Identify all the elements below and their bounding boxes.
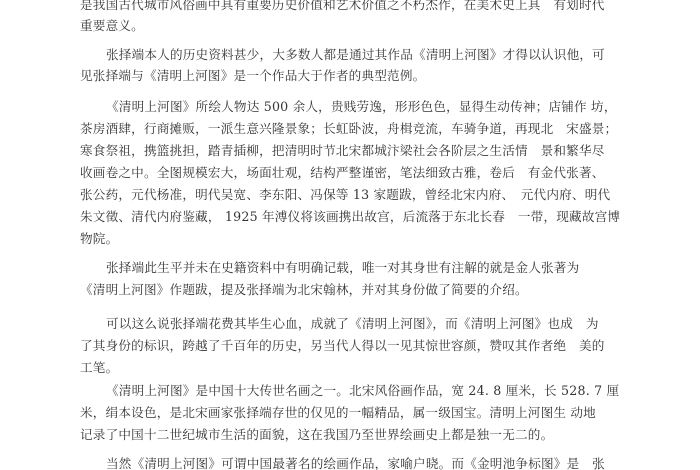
paragraph-line: 《清明上河图》作题跋，提及张择端为北宋翰林，并对其身份做了简要的介绍。 <box>80 282 625 298</box>
paragraph-line: 米，绢本设色，是北宋画家张择端存世的仅见的一幅精品，属一级国宝。清明上河图生 动… <box>80 405 625 421</box>
paragraph-line: 寒食祭祖，携篮挑担，踏青插柳，把清明时节北宋都城汴梁社会各阶层之生活情 景和繁华… <box>80 143 625 159</box>
paragraph-line: 见张择端与《清明上河图》是一个作品大于作者的典型范例。 <box>80 68 625 84</box>
paragraph-line: 张择端此生平并未在史籍资料中有明确记载，唯一对其身世有注解的就是金人张著为 <box>106 260 625 276</box>
paragraph-line: 当然《清明上河图》可谓中国最著名的绘画作品，家喻户晓。而《金明池争标图》是 张 <box>106 456 625 470</box>
paragraph-line: 张公药，元代杨准，明代吴宽、李东阳、冯保等 13 家题跋，曾经北宋内府、 元代内… <box>80 187 625 203</box>
paragraph-line: 收画卷之中。全图规模宏大，场面壮观，结构严整谨密，笔法细致古雅，卷后 有金代张著… <box>80 165 625 181</box>
document-page: 是我国古代城市风俗画中具有重要历史价值和艺术价值之不朽杰作，在美术史上具 有划时… <box>0 0 700 470</box>
paragraph-line: 《清明上河图》所绘人物达 500 余人，贵贱劳逸，形形色色，显得生动传神；店铺作… <box>106 99 625 115</box>
paragraph-line: 张择端本人的历史资料甚少，大多数人都是通过其作品《清明上河图》才得以认识他，可 <box>106 47 625 63</box>
paragraph-line: 重要意义。 <box>80 18 625 34</box>
paragraph-line: 可以这么说张择端花费其毕生心血，成就了《清明上河图》，而《清明上河图》也成 为 <box>106 316 625 332</box>
paragraph-line: 《清明上河图》是中国十大传世名画之一。北宋风俗画作品，宽 24. 8 厘米，长 … <box>106 383 625 399</box>
paragraph-line: 记录了中国十二世纪城市生活的面貌，这在我国乃至世界绘画史上都是独一无二的。 <box>80 427 625 443</box>
paragraph-line: 茶房酒肆，行商摊贩，一派生意兴隆景象；长虹卧波，舟楫竞流，车骑争道，再现北 宋盛… <box>80 121 625 137</box>
paragraph-line: 了其身份的标识，跨越了千百年的历史，另当代人得以一见其惊世容颜，赞叹其作者绝 美… <box>80 338 625 354</box>
paragraph-line: 是我国古代城市风俗画中具有重要历史价值和艺术价值之不朽杰作，在美术史上具 有划时… <box>80 0 625 13</box>
paragraph-line: 朱文徵、清代内府鉴藏， 1925 年溥仪将该画携出故宫，后流落于东北长春 一带，… <box>80 209 625 225</box>
paragraph-line: 工笔。 <box>80 360 625 376</box>
paragraph-line: 物院。 <box>80 231 625 247</box>
